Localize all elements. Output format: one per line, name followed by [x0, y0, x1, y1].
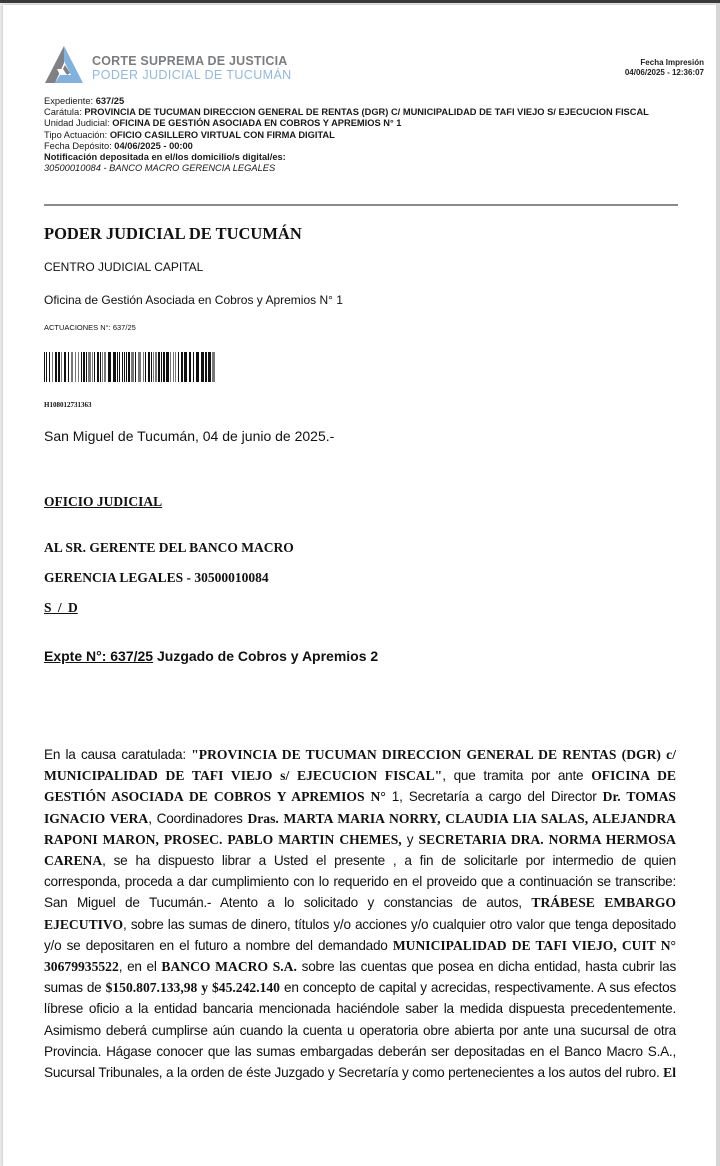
recipient: AL SR. GERENTE DEL BANCO MACRO: [44, 540, 294, 556]
barcode-icon: [44, 352, 216, 382]
juzgado-name: Juzgado de Cobros y Apremios 2: [153, 648, 378, 664]
recipient-department: GERENCIA LEGALES - 30500010084: [44, 570, 269, 586]
document-heading: PODER JUDICIAL DE TUCUMÁN: [44, 224, 302, 244]
meta-tipo: Tipo Actuación: OFICIO CASILLERO VIRTUAL…: [44, 130, 684, 141]
court-logo-icon: [43, 45, 85, 85]
centro-judicial: CENTRO JUDICIAL CAPITAL: [44, 260, 203, 274]
viewer-top-bar: [0, 0, 720, 3]
brand-title: CORTE SUPREMA DE JUSTICIA: [92, 54, 292, 68]
oficio-body-paragraph: En la causa caratulada: "PROVINCIA DE TU…: [44, 744, 676, 1083]
oficina-name: Oficina de Gestión Asociada en Cobros y …: [44, 293, 343, 307]
meta-notificacion-label: Notificación depositada en el/los domici…: [44, 152, 684, 163]
print-date-label: Fecha Impresión: [625, 58, 704, 68]
sd-mark: S / D: [44, 600, 78, 616]
meta-notificacion-value: 30500010084 - BANCO MACRO GERENCIA LEGAL…: [44, 163, 684, 174]
place-date: San Miguel de Tucumán, 04 de junio de 20…: [44, 428, 334, 444]
meta-deposito: Fecha Depósito: 04/06/2025 - 00:00: [44, 141, 684, 152]
meta-expediente: Expediente: 637/25: [44, 96, 684, 107]
meta-caratula: Carátula: PROVINCIA DE TUCUMAN DIRECCION…: [44, 107, 684, 118]
meta-unidad: Unidad Judicial: OFICINA DE GESTIÓN ASOC…: [44, 118, 684, 129]
brand-block: CORTE SUPREMA DE JUSTICIA PODER JUDICIAL…: [92, 54, 292, 83]
actuaciones-number: ACTUACIONES N°: 637/25: [44, 323, 136, 332]
brand-subtitle: PODER JUDICIAL DE TUCUMÁN: [92, 68, 292, 83]
scrollbar[interactable]: [716, 3, 720, 1166]
barcode-number: H108012731363: [44, 401, 91, 409]
print-date-value: 04/06/2025 - 12:36:07: [625, 68, 704, 78]
oficio-title: OFICIO JUDICIAL: [44, 494, 162, 510]
print-date: Fecha Impresión 04/06/2025 - 12:36:07: [625, 58, 704, 78]
expediente-number: Expte N°: 637/25: [44, 648, 153, 664]
case-metadata: Expediente: 637/25 Carátula: PROVINCIA D…: [44, 96, 684, 174]
expediente-line: Expte N°: 637/25 Juzgado de Cobros y Apr…: [44, 648, 378, 664]
header-divider: [44, 204, 678, 206]
